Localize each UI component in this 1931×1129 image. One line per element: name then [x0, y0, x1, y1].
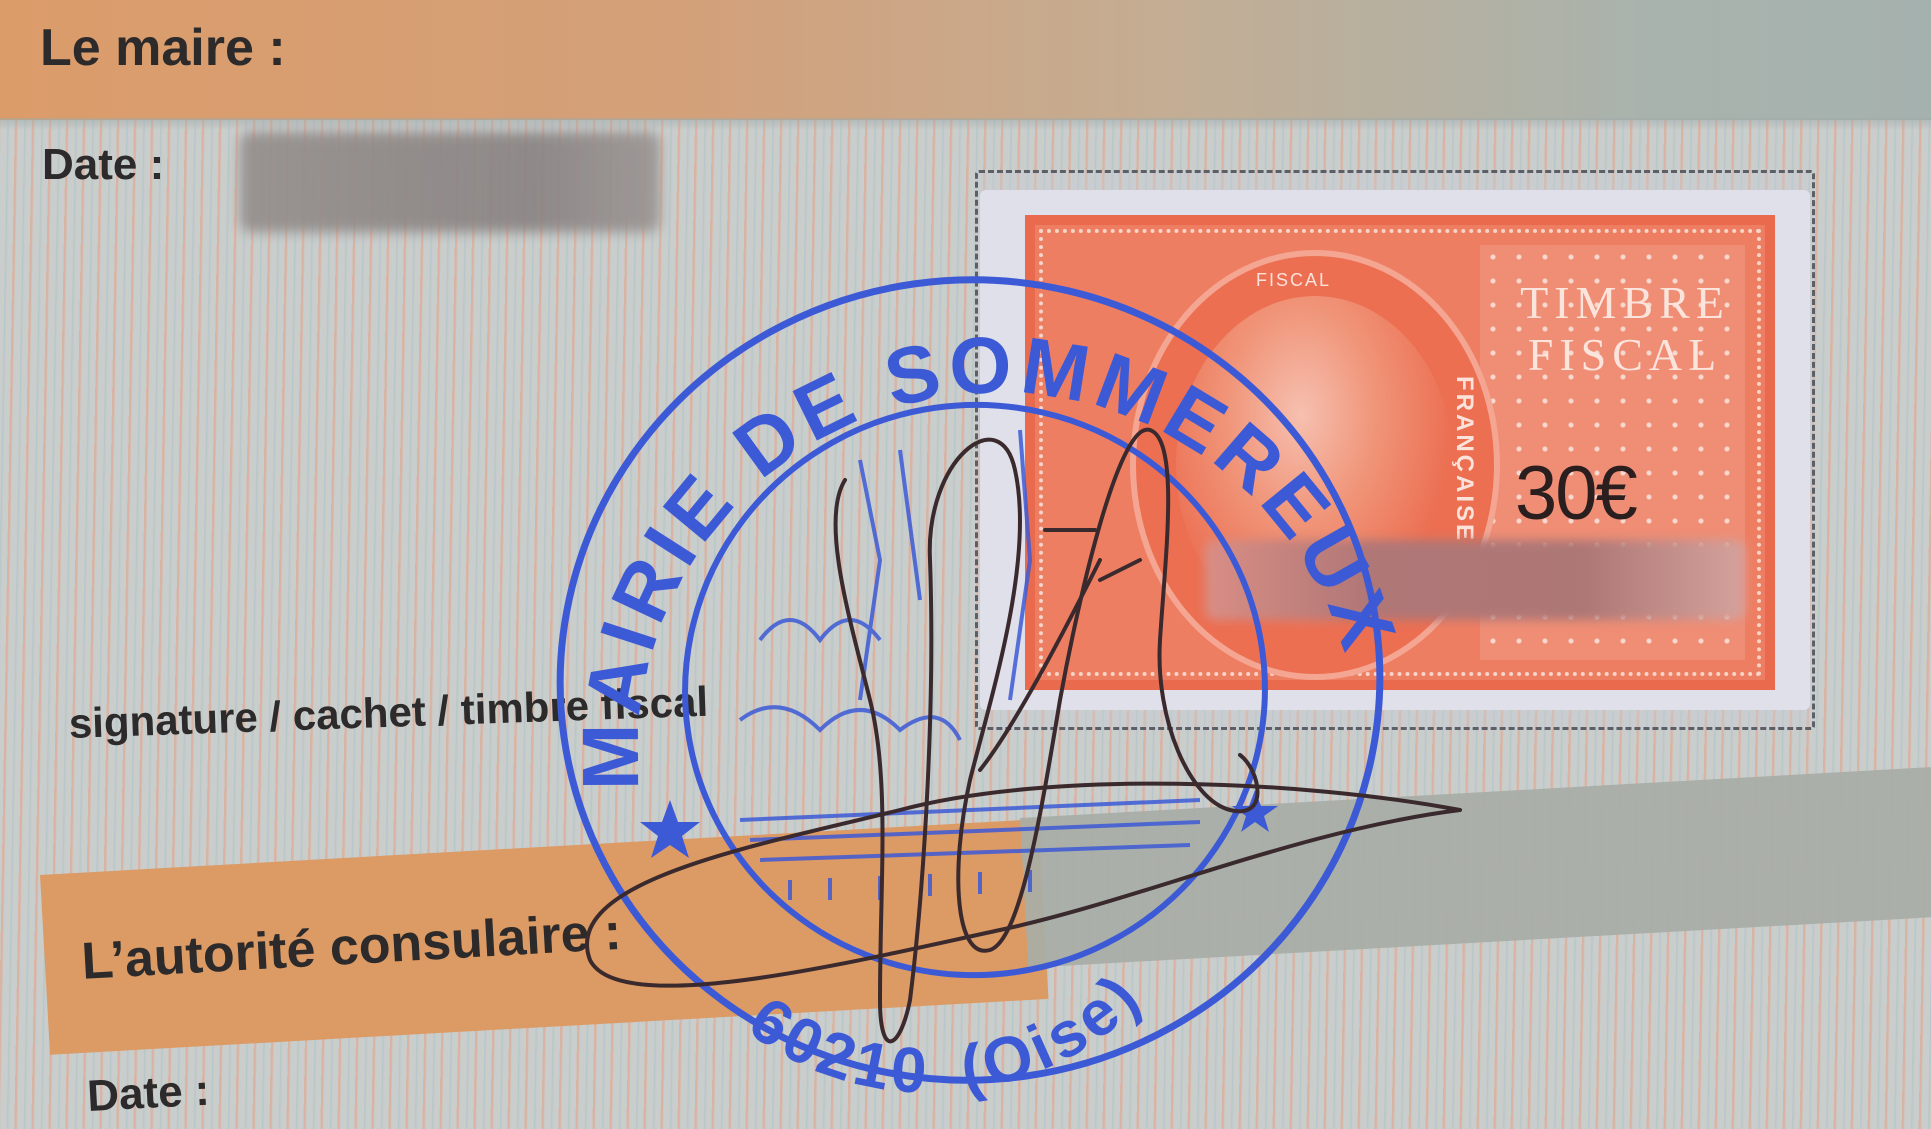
handwritten-signature [0, 0, 1931, 1129]
document-page: Le maire : Date : FISCAL FRANÇAISE TIMBR… [0, 0, 1931, 1129]
